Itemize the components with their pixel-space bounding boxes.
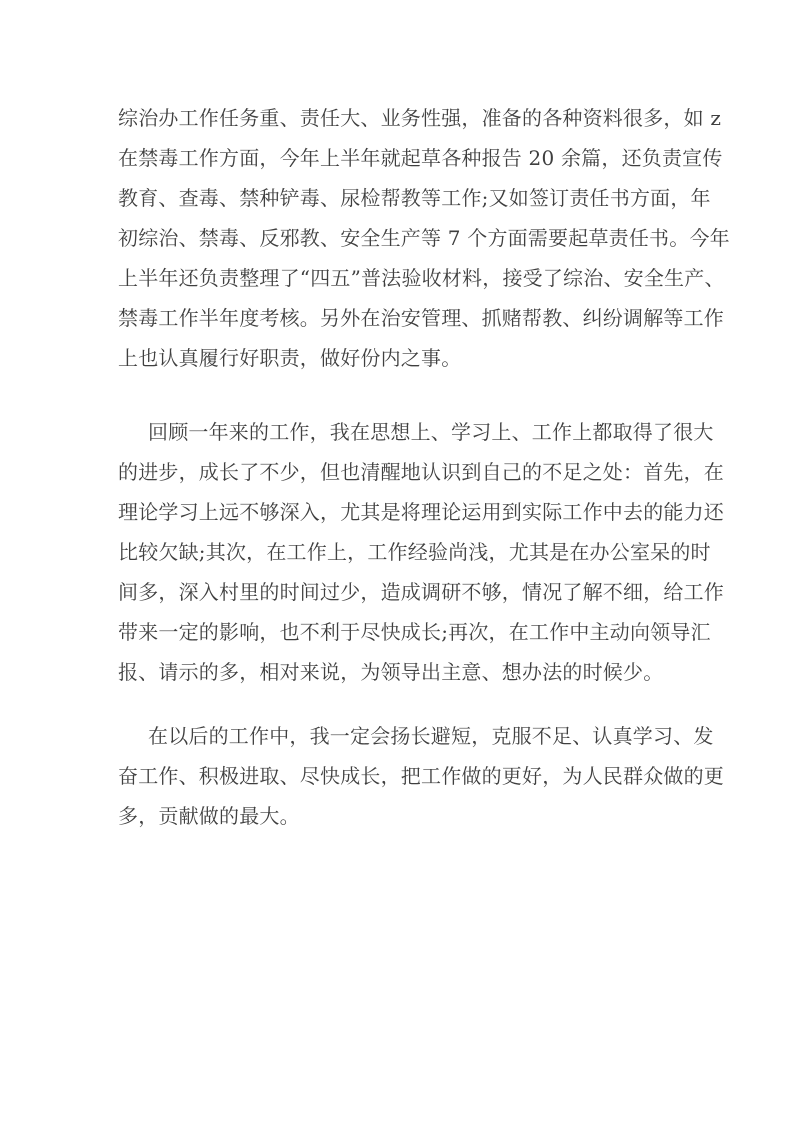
text-line: 综治办工作任务重、责任大、业务性强，准备的各种资料很多，如 z [118,98,680,138]
text-line: 奋工作、积极进取、尽快成长，把工作做的更好，为人民群众做的更 [118,756,680,796]
text-line: 的进步，成长了不少，但也清醒地认识到自己的不足之处：首先，在 [118,452,680,492]
text-line: 多，贡献做的最大。 [118,796,680,836]
text-line: 报、请示的多，相对来说，为领导出主意、想办法的时候少。 [118,652,680,692]
text-line: 间多，深入村里的时间过少，造成调研不够，情况了解不细，给工作 [118,572,680,612]
text-content: 综治办工作任务重、责任大、业务性强，准备的各种资料很多，如 z 在禁毒工作方面，… [118,98,680,836]
text-line: 在以后的工作中，我一定会扬长避短，克服不足、认真学习、发 [118,716,680,756]
text-line: 初综治、禁毒、反邪教、安全生产等 7 个方面需要起草责任书。今年 [118,218,680,258]
text-line: 禁毒工作半年度考核。另外在治安管理、抓赌帮教、纠纷调解等工作 [118,298,680,338]
paragraph-2: 回顾一年来的工作，我在思想上、学习上、工作上都取得了很大 的进步，成长了不少，但… [118,412,680,692]
text-line: 教育、查毒、禁种铲毒、尿检帮教等工作;又如签订责任书方面，年 [118,178,680,218]
paragraph-3: 在以后的工作中，我一定会扬长避短，克服不足、认真学习、发 奋工作、积极进取、尽快… [118,716,680,836]
text-line: 带来一定的影响，也不利于尽快成长;再次，在工作中主动向领导汇 [118,612,680,652]
text-line: 上半年还负责整理了“四五”普法验收材料，接受了综治、安全生产、 [118,258,680,298]
text-line: 上也认真履行好职责，做好份内之事。 [118,338,680,378]
text-line: 理论学习上远不够深入，尤其是将理论运用到实际工作中去的能力还 [118,492,680,532]
document-page: 综治办工作任务重、责任大、业务性强，准备的各种资料很多，如 z 在禁毒工作方面，… [0,0,793,1122]
text-line: 在禁毒工作方面，今年上半年就起草各种报告 20 余篇，还负责宣传 [118,138,680,178]
text-line: 回顾一年来的工作，我在思想上、学习上、工作上都取得了很大 [118,412,680,452]
paragraph-1: 综治办工作任务重、责任大、业务性强，准备的各种资料很多，如 z 在禁毒工作方面，… [118,98,680,378]
text-line: 比较欠缺;其次，在工作上，工作经验尚浅，尤其是在办公室呆的时 [118,532,680,572]
